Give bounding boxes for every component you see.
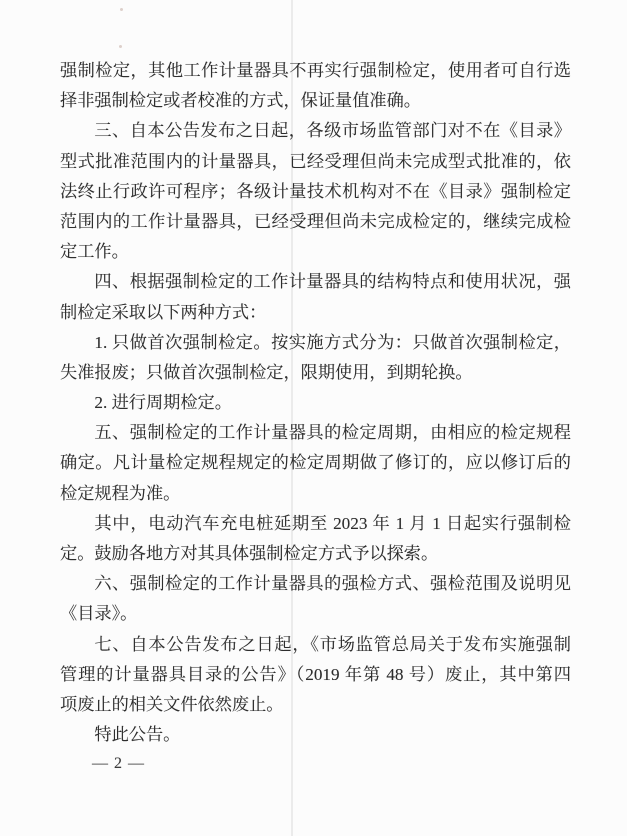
- text-line: 1. 只做首次强制检定。按实施方式分为：只做首次强制检定，: [60, 328, 571, 358]
- text-line: 三、自本公告发布之日起，各级市场监管部门对不在《目录》: [60, 116, 571, 146]
- text-line: 强制检定，其他工作计量器具不再实行强制检定，使用者可自行选: [60, 56, 571, 86]
- text-line: 管理的计量器具目录的公告》（2019 年第 48 号）废止，其中第四: [60, 660, 571, 690]
- text-line: 《目录》。: [60, 599, 571, 629]
- text-line: 六、强制检定的工作计量器具的强检方式、强检范围及说明见: [60, 569, 571, 599]
- text-line: 型式批准范围内的计量器具，已经受理但尚未完成型式批准的，依: [60, 147, 571, 177]
- text-line: 定。鼓励各地方对其具体强制检定方式予以探索。: [60, 539, 571, 569]
- document-body: 强制检定，其他工作计量器具不再实行强制检定，使用者可自行选择非强制检定或者校准的…: [60, 56, 571, 750]
- text-line: 择非强制检定或者校准的方式，保证量值准确。: [60, 86, 571, 116]
- text-line: 范围内的工作计量器具，已经受理但尚未完成检定的，继续完成检: [60, 207, 571, 237]
- text-line: 项废止的相关文件依然废止。: [60, 690, 571, 720]
- text-line: 制检定采取以下两种方式：: [60, 298, 571, 328]
- text-line: 特此公告。: [60, 720, 571, 750]
- text-line: 五、强制检定的工作计量器具的检定周期，由相应的检定规程: [60, 418, 571, 448]
- text-line: 确定。凡计量检定规程规定的检定周期做了修订的，应以修订后的: [60, 448, 571, 478]
- text-line: 七、自本公告发布之日起，《市场监管总局关于发布实施强制: [60, 630, 571, 660]
- text-line: 定工作。: [60, 237, 571, 267]
- text-line: 2. 进行周期检定。: [60, 388, 571, 418]
- scan-speck: [120, 8, 123, 11]
- text-line: 法终止行政许可程序；各级计量技术机构对不在《目录》强制检定: [60, 177, 571, 207]
- text-line: 失准报废；只做首次强制检定，限期使用，到期轮换。: [60, 358, 571, 388]
- text-line: 其中，电动汽车充电桩延期至 2023 年 1 月 1 日起实行强制检: [60, 509, 571, 539]
- document-page: 强制检定，其他工作计量器具不再实行强制检定，使用者可自行选择非强制检定或者校准的…: [0, 0, 627, 836]
- text-line: 检定规程为准。: [60, 479, 571, 509]
- scan-speck: [119, 45, 122, 48]
- text-line: 四、根据强制检定的工作计量器具的结构特点和使用状况，强: [60, 267, 571, 297]
- page-number: — 2 —: [92, 755, 145, 773]
